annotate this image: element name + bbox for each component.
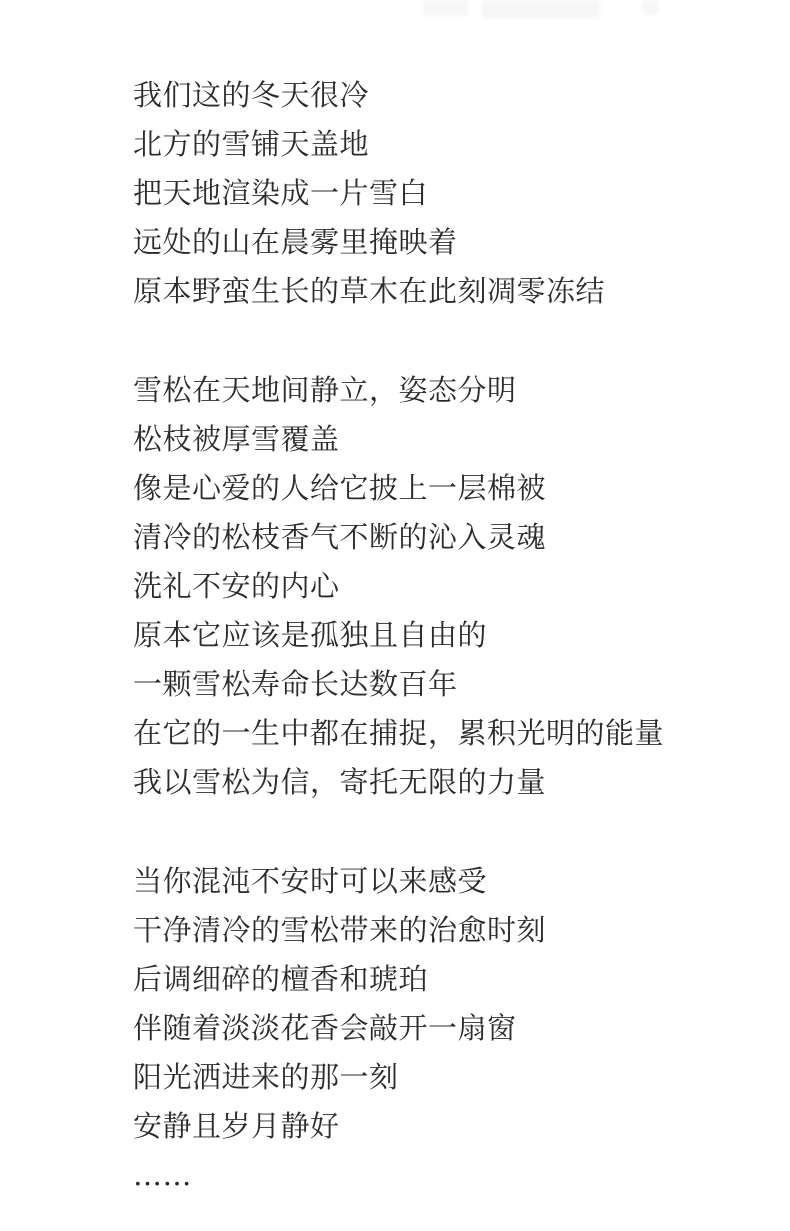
poem-line: 干净清冷的雪松带来的治愈时刻 [133, 906, 664, 955]
poem-line: 北方的雪铺天盖地 [133, 120, 664, 169]
poem-line: 原本野蛮生长的草木在此刻凋零冻结 [133, 267, 664, 316]
poem-line: 一颗雪松寿命长达数百年 [133, 660, 664, 709]
poem-stanza-2: 雪松在天地间静立，姿态分明 松枝被厚雪覆盖 像是心爱的人给它披上一层棉被 清冷的… [133, 366, 664, 807]
poem-line: 雪松在天地间静立，姿态分明 [133, 366, 664, 415]
poem-line: 我以雪松为信，寄托无限的力量 [133, 758, 664, 807]
poem-stanza-3: 当你混沌不安时可以来感受 干净清冷的雪松带来的治愈时刻 后调细碎的檀香和琥珀 伴… [133, 857, 664, 1200]
poem-line: 阳光洒进来的那一刻 [133, 1053, 664, 1102]
poem-line: 原本它应该是孤独且自由的 [133, 611, 664, 660]
poem-stanza-1: 我们这的冬天很冷 北方的雪铺天盖地 把天地渲染成一片雪白 远处的山在晨雾里掩映着… [133, 71, 664, 316]
poem-ellipsis-line: …… [133, 1151, 664, 1200]
poem-line: 我们这的冬天很冷 [133, 71, 664, 120]
poem-line: 在它的一生中都在捕捉，累积光明的能量 [133, 709, 664, 758]
document-page: 我们这的冬天很冷 北方的雪铺天盖地 把天地渲染成一片雪白 远处的山在晨雾里掩映着… [0, 0, 790, 1231]
poem-line: 当你混沌不安时可以来感受 [133, 857, 664, 906]
poem-line: 像是心爱的人给它披上一层棉被 [133, 464, 664, 513]
poem-line: 远处的山在晨雾里掩映着 [133, 218, 664, 267]
poem-line: 洗礼不安的内心 [133, 562, 664, 611]
poem-line: 伴随着淡淡花香会敲开一扇窗 [133, 1004, 664, 1053]
poem-line: 后调细碎的檀香和琥珀 [133, 955, 664, 1004]
poem-line: 清冷的松枝香气不断的沁入灵魂 [133, 513, 664, 562]
poem-line: 安静且岁月静好 [133, 1102, 664, 1151]
poem-line: 松枝被厚雪覆盖 [133, 415, 664, 464]
poem-body: 我们这的冬天很冷 北方的雪铺天盖地 把天地渲染成一片雪白 远处的山在晨雾里掩映着… [0, 0, 704, 1200]
poem-line: 把天地渲染成一片雪白 [133, 169, 664, 218]
